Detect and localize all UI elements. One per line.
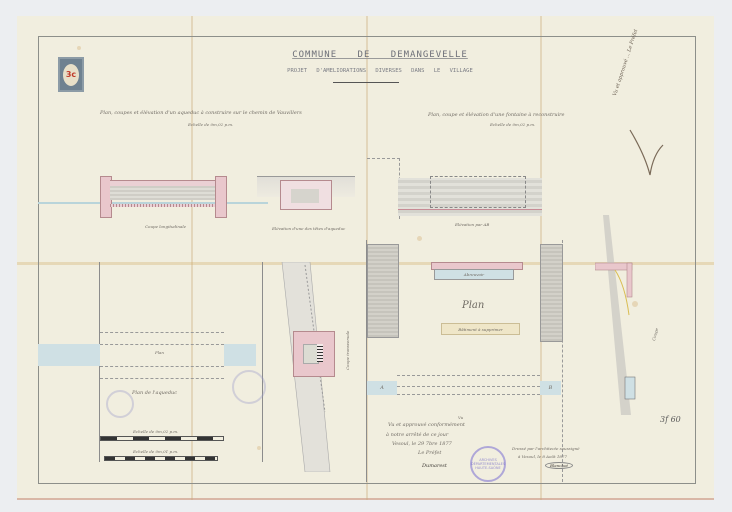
building-left-block [367,244,399,338]
plan-dash-line [397,394,540,395]
right-section-scale: Echelle de 0m,02 p.m. [490,122,535,127]
point-b-box: B [540,381,561,395]
scale-bar-1-label: Echelle de 0m,02 p.m. [133,429,178,434]
dressed-by-line-2: à Vesoul, le 8 Août 1877 [518,454,567,459]
plan-dash-line [397,386,540,387]
stream-right [224,344,256,366]
fountain-plan-label: Plan [462,300,484,311]
fountain-basin-outline [430,176,526,208]
scale-bar-1 [100,436,224,441]
plan-dash-line [100,378,224,379]
transverse-section-masonry [293,331,335,377]
culvert-chamber [110,186,215,200]
plan-inner-label: Plan [155,350,164,355]
head-elevation-opening [291,189,319,203]
fountain-wall-left [367,158,400,219]
fiscal-stamp: 3c [58,57,84,92]
plan-dash-line [397,375,540,376]
signature-flourish [625,125,665,185]
scale-bar-2-label: Echelle de 0m,01 p.m. [133,449,178,454]
archive-stamp-text: ARCHIVES DÉPARTEMENTALES HAUTE-SAÔNE [471,458,505,470]
culvert-floor [110,204,215,207]
guide-line [262,262,263,462]
archive-stamp-faint [232,370,266,404]
abutment-right [215,176,227,218]
approval-line-2: Vu et approuvé conformément [388,422,465,428]
right-section-heading: Plan, coupe et élévation d'une fontaine … [428,112,565,118]
fountain-water-line [398,209,542,210]
scale-bar-2 [104,456,218,461]
elevation-ab-label: Elévation par AB [455,222,489,227]
archive-stamp: ARCHIVES DÉPARTEMENTALES HAUTE-SAÔNE [470,446,506,482]
plan-dash-line [100,332,224,333]
coupe-transversale-label: Coupe transversale [345,331,350,370]
point-b-label: B [549,385,553,391]
title-underline [333,82,399,83]
approval-prefet: Le Préfet [418,450,441,456]
plan-aqueduc-label: Plan de l'aqueduc [132,390,177,396]
price-note: 3f 60 [660,415,681,424]
plan-dash-line [100,366,224,367]
stream-left [38,344,100,366]
point-a-label: A [380,385,384,391]
left-section-heading: Plan, coupes et élévation d'un aqueduc à… [100,110,302,116]
building-right-block [540,244,563,342]
archive-stamp-faint [106,390,134,418]
plan-dash-line [100,344,224,345]
coupe-longitudinale-label: Coupe longitudinale [145,224,186,229]
approval-vu: Vu [458,415,463,420]
elevation-tete-label: Elévation d'une des têtes d'aqueduc [272,226,345,231]
abreuvoir-basin: Abreuvoir [434,269,514,280]
architect-signature: Blanchot [545,462,573,469]
page-title: COMMUNE DE DEMANGEVELLE [240,50,520,60]
left-section-scale: Echelle de 0m,02 p.m. [188,122,233,127]
approval-date: Vesoul, le 29 7bre 1877 [392,441,452,447]
prefet-signature: Dumarest [422,463,447,469]
fiscal-stamp-value: 3c [63,64,79,86]
batiment-label: Bâtiment à supprimer [458,327,503,332]
fountain-coupe-section [595,215,645,415]
approval-line-3: à notre arrêté de ce jour [386,432,448,438]
page-subtitle: PROJET D'AMELIORATIONS DIVERSES DANS LE … [240,68,520,74]
point-a-box: A [367,381,397,395]
abreuvoir-label: Abreuvoir [464,272,484,277]
batiment-label-box: Bâtiment à supprimer [441,323,520,335]
dressed-by-line-1: Dressé par l'architecte soussigné [512,446,580,451]
